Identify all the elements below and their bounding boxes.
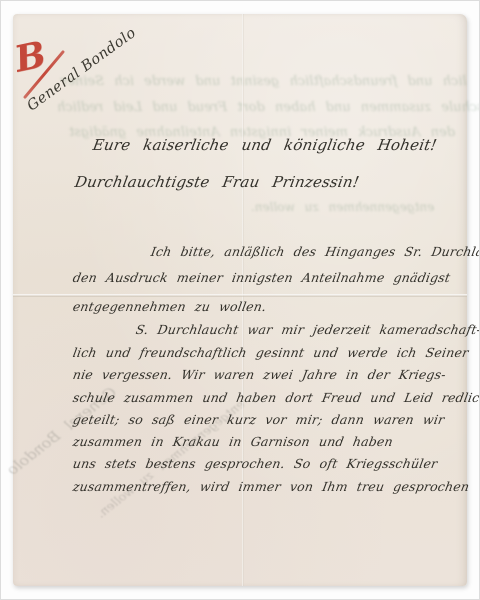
letter-line: geteilt; so saß einer kurz vor mir; dann…: [72, 412, 446, 427]
letter-line: uns stets bestens gesprochen. So oft Kri…: [72, 456, 439, 471]
horizontal-fold-crease: [13, 294, 467, 297]
letter-line: entgegennehmen zu wollen.: [72, 299, 268, 314]
letter-line: Ich bitte, anläßlich des Hinganges Sr. D…: [150, 244, 480, 259]
verso-showthrough-line: lich und freundschaftlich gesinnt und we…: [61, 74, 467, 89]
scanned-letter: lich und freundschaftlich gesinnt und we…: [0, 0, 480, 600]
letter-line: zusammentreffen, wird immer von Ihm treu…: [72, 479, 471, 494]
letter-line: S. Durchlaucht war mir jederzeit kamerad…: [135, 322, 480, 337]
letter-line: lich und freundschaftlich gesinnt und we…: [72, 345, 470, 360]
letter-line: schule zusammen und haben dort Freud und…: [72, 390, 480, 405]
letter-paper: lich und freundschaftlich gesinnt und we…: [13, 14, 467, 586]
salutation-line: Durchlauchtigste Frau Prinzessin!: [73, 173, 360, 191]
verso-showthrough-line: entgegennehmen zu wollen.: [251, 200, 434, 214]
verso-showthrough-line: schule zusammen und haben dort Freud und…: [57, 100, 480, 115]
letter-line: nie vergessen. Wir waren zwei Jahre in d…: [72, 367, 447, 382]
letter-line: den Ausdruck meiner innigsten Anteilnahm…: [72, 270, 452, 285]
salutation-line: Eure kaiserliche und königliche Hoheit!: [91, 136, 438, 154]
letter-line: zusammen in Krakau in Garnison und haben: [72, 434, 395, 449]
